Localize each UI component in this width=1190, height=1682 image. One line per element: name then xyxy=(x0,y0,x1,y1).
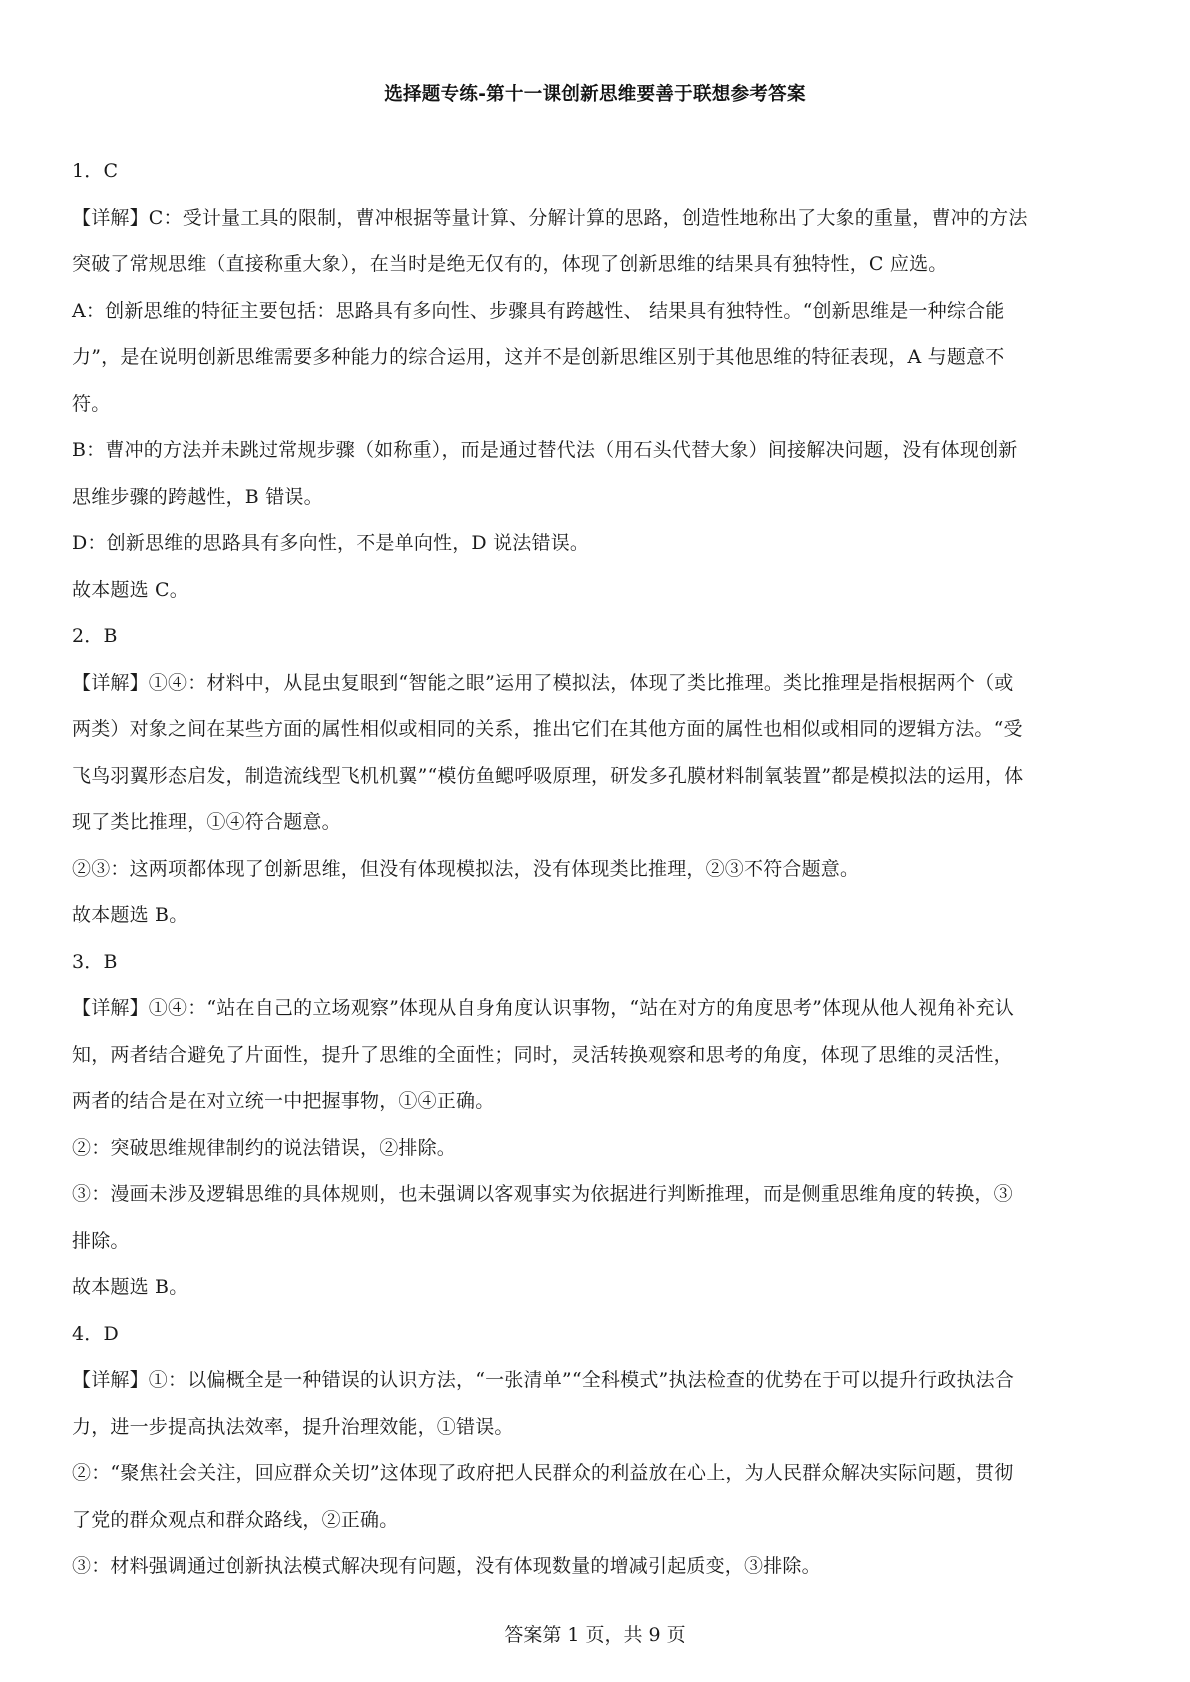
question-4-block: 4．D 【详解】①：以偏概全是一种错误的认识方法，“一张清单”“全科模式”执法检… xyxy=(72,1321,1122,1600)
explanation-line: 【详解】C：受计量工具的限制，曹冲根据等量计算、分解计算的思路，创造性地称出了大… xyxy=(72,205,1122,252)
explanation-line: 【详解】①：以偏概全是一种错误的认识方法，“一张清单”“全科模式”执法检查的优势… xyxy=(72,1367,1122,1414)
explanation-line: ②③：这两项都体现了创新思维，但没有体现模拟法，没有体现类比推理，②③不符合题意… xyxy=(72,856,1122,903)
question-4-answer: 4．D xyxy=(72,1321,1122,1368)
conclusion-line: 故本题选 B。 xyxy=(72,1274,1122,1321)
explanation-line: 知，两者结合避免了片面性，提升了思维的全面性；同时，灵活转换观察和思考的角度，体… xyxy=(72,1042,1122,1089)
question-1-block: 1．C 【详解】C：受计量工具的限制，曹冲根据等量计算、分解计算的思路，创造性地… xyxy=(72,158,1122,623)
question-3-answer: 3．B xyxy=(72,949,1122,996)
explanation-line: 力，进一步提高执法效率，提升治理效能，①错误。 xyxy=(72,1414,1122,1461)
answer-body: 1．C 【详解】C：受计量工具的限制，曹冲根据等量计算、分解计算的思路，创造性地… xyxy=(72,158,1122,1600)
explanation-line: 符。 xyxy=(72,391,1122,438)
explanation-line: ③：材料强调通过创新执法模式解决现有问题，没有体现数量的增减引起质变，③排除。 xyxy=(72,1553,1122,1600)
explanation-line: ②：“聚焦社会关注，回应群众关切”这体现了政府把人民群众的利益放在心上，为人民群… xyxy=(72,1460,1122,1507)
explanation-line: A：创新思维的特征主要包括：思路具有多向性、步骤具有跨越性、 结果具有独特性。“… xyxy=(72,298,1122,345)
document-page: 选择题专练-第十一课创新思维要善于联想参考答案 1．C 【详解】C：受计量工具的… xyxy=(0,0,1190,1682)
explanation-line: 思维步骤的跨越性，B 错误。 xyxy=(72,484,1122,531)
explanation-line: 了党的群众观点和群众路线，②正确。 xyxy=(72,1507,1122,1554)
question-3-block: 3．B 【详解】①④：“站在自己的立场观察”体现从自身角度认识事物，“站在对方的… xyxy=(72,949,1122,1321)
page-footer: 答案第 1 页，共 9 页 xyxy=(0,1620,1190,1647)
explanation-line: 突破了常规思维（直接称重大象），在当时是绝无仅有的，体现了创新思维的结果具有独特… xyxy=(72,251,1122,298)
explanation-line: B：曹冲的方法并未跳过常规步骤（如称重），而是通过替代法（用石头代替大象）间接解… xyxy=(72,437,1122,484)
explanation-line: 现了类比推理，①④符合题意。 xyxy=(72,809,1122,856)
conclusion-line: 故本题选 C。 xyxy=(72,577,1122,624)
explanation-line: 【详解】①④：“站在自己的立场观察”体现从自身角度认识事物，“站在对方的角度思考… xyxy=(72,995,1122,1042)
explanation-line: ③：漫画未涉及逻辑思维的具体规则，也未强调以客观事实为依据进行判断推理，而是侧重… xyxy=(72,1181,1122,1228)
document-title: 选择题专练-第十一课创新思维要善于联想参考答案 xyxy=(0,80,1190,106)
explanation-line: 两类）对象之间在某些方面的属性相似或相同的关系，推出它们在其他方面的属性也相似或… xyxy=(72,716,1122,763)
explanation-line: 力”，是在说明创新思维需要多种能力的综合运用，这并不是创新思维区别于其他思维的特… xyxy=(72,344,1122,391)
conclusion-line: 故本题选 B。 xyxy=(72,902,1122,949)
explanation-line: 排除。 xyxy=(72,1228,1122,1275)
question-2-answer: 2．B xyxy=(72,623,1122,670)
explanation-line: ②：突破思维规律制约的说法错误，②排除。 xyxy=(72,1135,1122,1182)
explanation-line: 【详解】①④：材料中，从昆虫复眼到“智能之眼”运用了模拟法，体现了类比推理。类比… xyxy=(72,670,1122,717)
question-2-block: 2．B 【详解】①④：材料中，从昆虫复眼到“智能之眼”运用了模拟法，体现了类比推… xyxy=(72,623,1122,949)
explanation-line: D：创新思维的思路具有多向性，不是单向性，D 说法错误。 xyxy=(72,530,1122,577)
explanation-line: 两者的结合是在对立统一中把握事物，①④正确。 xyxy=(72,1088,1122,1135)
explanation-line: 飞鸟羽翼形态启发，制造流线型飞机机翼”“模仿鱼鳃呼吸原理，研发多孔膜材料制氧装置… xyxy=(72,763,1122,810)
question-1-answer: 1．C xyxy=(72,158,1122,205)
